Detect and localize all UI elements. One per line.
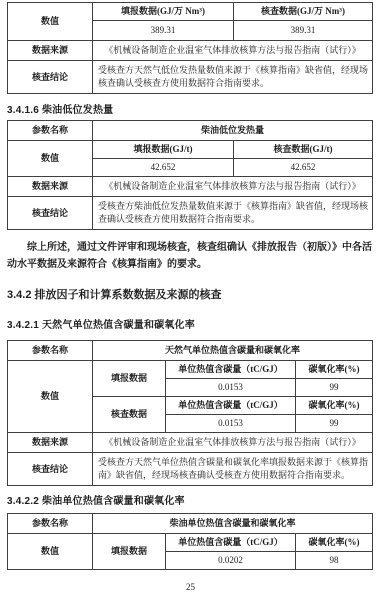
oxidation-header-cell: 碳氧化率(%): [296, 361, 373, 379]
page-number: 25: [0, 582, 381, 592]
source-text-cell: 《机械设备制造企业温室气体排放核算方法与报告指南（试行）》: [93, 41, 373, 61]
verify-carbon-value-cell: 0.0153: [166, 415, 296, 433]
source-text-cell: 《机械设备制造企业温室气体排放核算方法与报告指南（试行）》: [93, 177, 373, 197]
report-oxidation-value-cell: 99: [296, 379, 373, 397]
param-name-cell: 柴油低位发热量: [93, 121, 373, 141]
heading-3-4-2: 3.4.2 排放因子和计算系数数据及来源的核查: [7, 286, 372, 302]
report-header-cell: 填报数据(GJ/万 Nm³): [93, 3, 234, 21]
natural-gas-carbon-table: 参数名称 天然气单位热值含碳量和碳氧化率 数值 填报数据 单位热值含碳量（tC/…: [7, 340, 373, 486]
param-label-cell: 参数名称: [8, 121, 93, 141]
source-label-cell: 数据来源: [8, 177, 93, 197]
carbon-header-cell: 单位热值含碳量（tC/GJ）: [166, 397, 296, 415]
source-text-cell: 《机械设备制造企业温室气体排放核算方法与报告指南（试行）》: [93, 433, 373, 453]
oxidation-header-cell: 碳氧化率(%): [296, 534, 373, 552]
param-label-cell: 参数名称: [8, 514, 93, 534]
diesel-carbon-table: 参数名称 柴油单位热值含碳量和碳氧化率 数值 填报数据 单位热值含碳量（tC/G…: [7, 513, 373, 570]
report-carbon-value-cell: 0.0202: [166, 552, 296, 570]
source-label-cell: 数据来源: [8, 41, 93, 61]
param-name-cell: 柴油单位热值含碳量和碳氧化率: [93, 514, 373, 534]
summary-paragraph: 综上所述，通过文件评审和现场核查，核查组确认《排放报告（初版）》中各活动水平数据…: [7, 239, 372, 273]
report-value-cell: 42.652: [93, 159, 234, 177]
report-header-cell: 填报数据(GJ/t): [93, 141, 234, 159]
report-label-cell: 填报数据: [93, 361, 166, 397]
carbon-header-cell: 单位热值含碳量（tC/GJ）: [166, 361, 296, 379]
source-label-cell: 数据来源: [8, 433, 93, 453]
carbon-header-cell: 单位热值含碳量（tC/GJ）: [166, 534, 296, 552]
conclusion-label-cell: 核查结论: [8, 61, 93, 94]
report-label-cell: 填报数据: [93, 534, 166, 570]
value-label-cell: 数值: [8, 361, 93, 433]
oxidation-header-cell: 碳氧化率(%): [296, 397, 373, 415]
conclusion-text-cell: 受核查方天然气单位热值含碳量和碳氧化率填报数据来源于《核算指南》缺省值，经现场核…: [93, 453, 373, 486]
conclusion-text-cell: 受核查方柴油低位发热量数值来源于《核算指南》缺省值，经现场核查确认受核查方使用数…: [93, 197, 373, 230]
conclusion-label-cell: 核查结论: [8, 197, 93, 230]
verify-value-cell: 389.31: [234, 21, 373, 41]
value-label-cell: 数值: [8, 3, 93, 41]
heading-3-4-1-6: 3.4.1.6 柴油低位发热量: [7, 101, 372, 116]
report-oxidation-value-cell: 98: [296, 552, 373, 570]
verify-label-cell: 核查数据: [93, 397, 166, 433]
report-carbon-value-cell: 0.0153: [166, 379, 296, 397]
diesel-lhv-table: 参数名称 柴油低位发热量 数值 填报数据(GJ/t) 核查数据(GJ/t) 42…: [7, 120, 373, 230]
value-label-cell: 数值: [8, 534, 93, 570]
verify-header-cell: 核查数据(GJ/万 Nm³): [234, 3, 373, 21]
heading-3-4-2-1: 3.4.2.1 天然气单位热值含碳量和碳氧化率: [7, 316, 372, 331]
value-label-cell: 数值: [8, 141, 93, 177]
heading-3-4-2-2: 3.4.2.2 柴油单位热值含碳量和碳氧化率: [7, 492, 372, 507]
document-page: 数值 填报数据(GJ/万 Nm³) 核查数据(GJ/万 Nm³) 389.31 …: [0, 0, 381, 600]
param-label-cell: 参数名称: [8, 341, 93, 361]
verify-oxidation-value-cell: 99: [296, 415, 373, 433]
natural-gas-lhv-table: 数值 填报数据(GJ/万 Nm³) 核查数据(GJ/万 Nm³) 389.31 …: [7, 2, 373, 94]
verify-value-cell: 42.652: [234, 159, 373, 177]
report-value-cell: 389.31: [93, 21, 234, 41]
verify-header-cell: 核查数据(GJ/t): [234, 141, 373, 159]
conclusion-label-cell: 核查结论: [8, 453, 93, 486]
param-name-cell: 天然气单位热值含碳量和碳氧化率: [93, 341, 373, 361]
conclusion-text-cell: 受核查方天然气低位发热量数值来源于《核算指南》缺省值，经现场核查确认受核查方使用…: [93, 61, 373, 94]
